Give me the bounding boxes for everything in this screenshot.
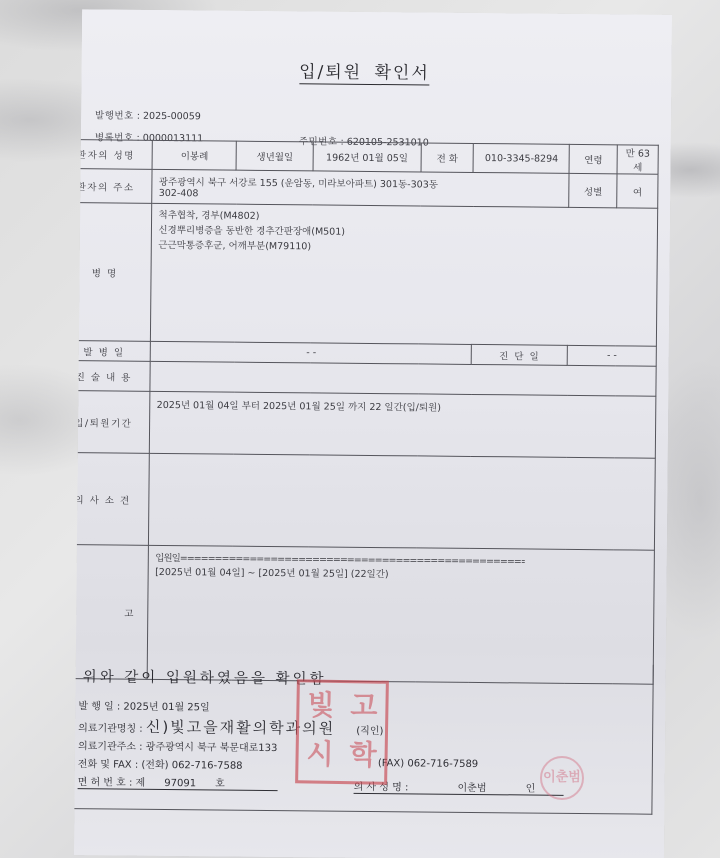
issue-date-row: 발 행 일 : 2025년 01월 25일	[78, 697, 209, 713]
diagnosis-label: 병 명	[57, 202, 152, 341]
onset-label: 발 병 일	[57, 340, 151, 361]
stay-period-label: 입/퇴원기간	[56, 390, 150, 453]
patient-address: 광주광역시 북구 서강로 155 (운암동, 미라보아파트) 301동-303동…	[152, 169, 569, 207]
diagnosed-date: - -	[567, 345, 656, 366]
opinion-content	[149, 453, 655, 550]
patient-age: 만 63 세	[617, 145, 658, 174]
doctor-name: 이춘범	[457, 783, 486, 794]
clinic-address-row: 의료기관주소 : 광주광역시 북구 북문대로133	[78, 737, 278, 754]
diagnosed-label: 진 단 일	[472, 344, 568, 365]
patient-name: 이봉례	[152, 140, 236, 170]
doctor-seal-stamp: 이춘범	[540, 756, 584, 800]
license-row: 면 허 번 호 : 제 97091 호	[78, 773, 278, 791]
address-label: 환자의 주소	[59, 168, 153, 203]
treatment-label: 진 술 내 용	[57, 360, 151, 391]
issue-number: 발행번호 : 2025-00059	[95, 107, 201, 122]
doctor-seal-mark: 인	[526, 783, 536, 794]
phone-fax-row: 전화 및 FAX : (전화) 062-716-7588 (FAX) 062-7…	[78, 755, 243, 772]
age-label: 연령	[569, 144, 617, 173]
phone-label: 전 화	[421, 143, 474, 173]
patient-phone: 010-3345-8294	[474, 143, 570, 173]
confirmation-statement: 위와 같이 입원하였음을 확인함	[83, 665, 327, 688]
patient-sex: 여	[617, 174, 658, 208]
opinion-row: 의 사 소 견	[55, 452, 655, 550]
name-label: 환자의 성명	[59, 139, 153, 169]
stay-period-value: 2025년 01월 04일 부터 2025년 01월 25일 까지 22 일간(…	[150, 391, 656, 458]
birth-label: 생년월일	[236, 141, 313, 171]
clinic-phone: (전화) 062-716-7588	[141, 760, 242, 772]
address-row: 환자의 주소 광주광역시 북구 서강로 155 (운암동, 미라보아파트) 30…	[59, 168, 658, 208]
confirmation-form-table: 환자의 성명 이봉례 생년월일 1962년 01월 05일 전 화 010-33…	[54, 139, 659, 685]
clinic-seal-stamp: 빛 고 시 학	[295, 679, 389, 785]
sex-label: 성별	[569, 173, 617, 207]
stay-period-row: 입/퇴원기간 2025년 01월 04일 부터 2025년 01월 25일 까지…	[56, 390, 656, 458]
diagnosis-row: 병 명 척추협착, 경부(M4802) 신경뿌리병증을 동반한 경추간판장애(M…	[57, 202, 657, 346]
opinion-label: 의 사 소 견	[55, 452, 149, 545]
treatment-content	[150, 361, 656, 396]
birth-date: 1962년 01월 05일	[313, 142, 421, 172]
clinic-fax: (FAX) 062-716-7589	[378, 758, 478, 770]
document-title: 입/퇴원 확인서	[59, 55, 669, 86]
diagnosis-list: 척추협착, 경부(M4802) 신경뿌리병증을 동반한 경추간판장애(M501)…	[151, 203, 658, 346]
